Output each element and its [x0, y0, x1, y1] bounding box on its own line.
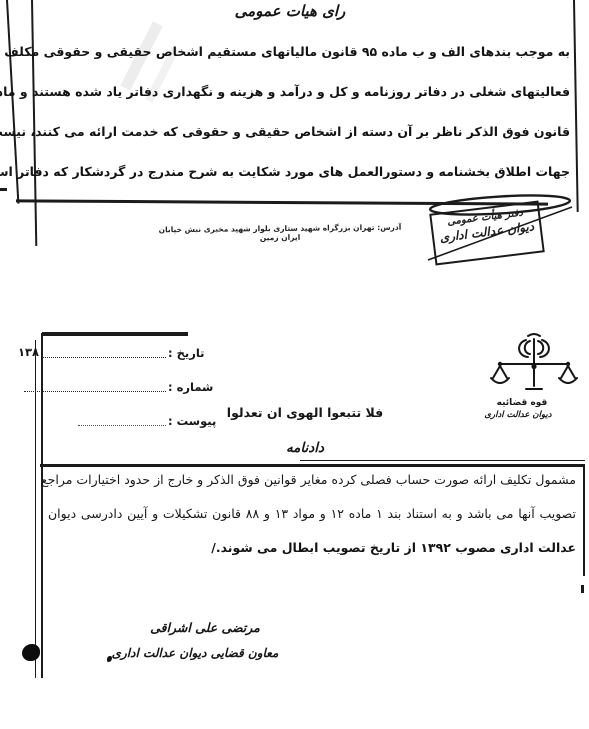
ruling-body-line: به موجب بندهای الف و ب ماده ۹۵ قانون مال…: [38, 44, 570, 64]
ink-blob-artifact: [22, 644, 40, 661]
judgment-body-line: مشمول تکلیف ارائه صورت حساب فصلی کرده مغ…: [48, 472, 576, 492]
ruling-heading: رای هیات عمومی: [200, 2, 380, 20]
judiciary-scales-emblem-icon: [486, 333, 582, 397]
page2-corner-top-border: [42, 332, 188, 336]
scan-edge-mark: [0, 188, 7, 191]
date-field-value: ۱۳۸: [18, 345, 39, 359]
judgment-body-line: تصویب آنها می باشد و به استناد بند ۱ ماد…: [48, 506, 576, 526]
org-name-court: دیوان عدالت اداری: [462, 410, 574, 420]
number-field-dotted-line: [24, 391, 166, 392]
org-name-judiciary: قوه قضائیه: [476, 398, 568, 408]
page2-left-border: [41, 333, 43, 678]
judgment-box-top-border: [40, 464, 585, 467]
ruling-body-line: قانون فوق الذکر ناظر بر آن دسته از اشخاص…: [38, 124, 570, 144]
stamp-strikethrough-line: [424, 198, 578, 268]
quranic-motto: فلا تتبعوا الهوی ان تعدلوا: [220, 405, 390, 420]
attachment-field-dotted-line: [78, 425, 166, 426]
judgment-heading: دادنامه: [252, 440, 358, 456]
judgment-box-right-border: [583, 464, 585, 576]
court-address-line: آدرس: تهران بزرگراه شهید ستاری بلوار شهی…: [150, 223, 410, 244]
ruling-body-line: جهات اطلاق بخشنامه و دستورالعمل های مورد…: [38, 164, 570, 184]
judgment-box-top-border-echo: [300, 460, 585, 462]
ink-speck-artifact: [107, 656, 112, 662]
attachment-field-label: پیوست :: [168, 414, 218, 428]
scan-edge-mark: [581, 585, 584, 593]
scanned-court-ruling-document: رای هیات عمومی به موجب بندهای الف و ب ما…: [0, 0, 589, 729]
page1-box-left-inner-border: [31, 0, 37, 246]
ruling-body-line: فعالیتهای شغلی در دفاتر روزنامه و کل و د…: [38, 84, 570, 104]
signatory-title: معاون قضایی دیوان عدالت اداری: [95, 646, 295, 660]
page1-box-right-border: [573, 0, 579, 212]
number-field-label: شماره :: [168, 380, 218, 394]
signatory-name: مرتضی علی اشراقی: [130, 620, 280, 635]
date-field-dotted-line: [42, 357, 166, 358]
judgment-body-line: عدالت اداری مصوب ۱۳۹۲ از تاریخ تصویب ابط…: [48, 540, 576, 560]
date-field-label: تاریخ :: [168, 346, 218, 360]
